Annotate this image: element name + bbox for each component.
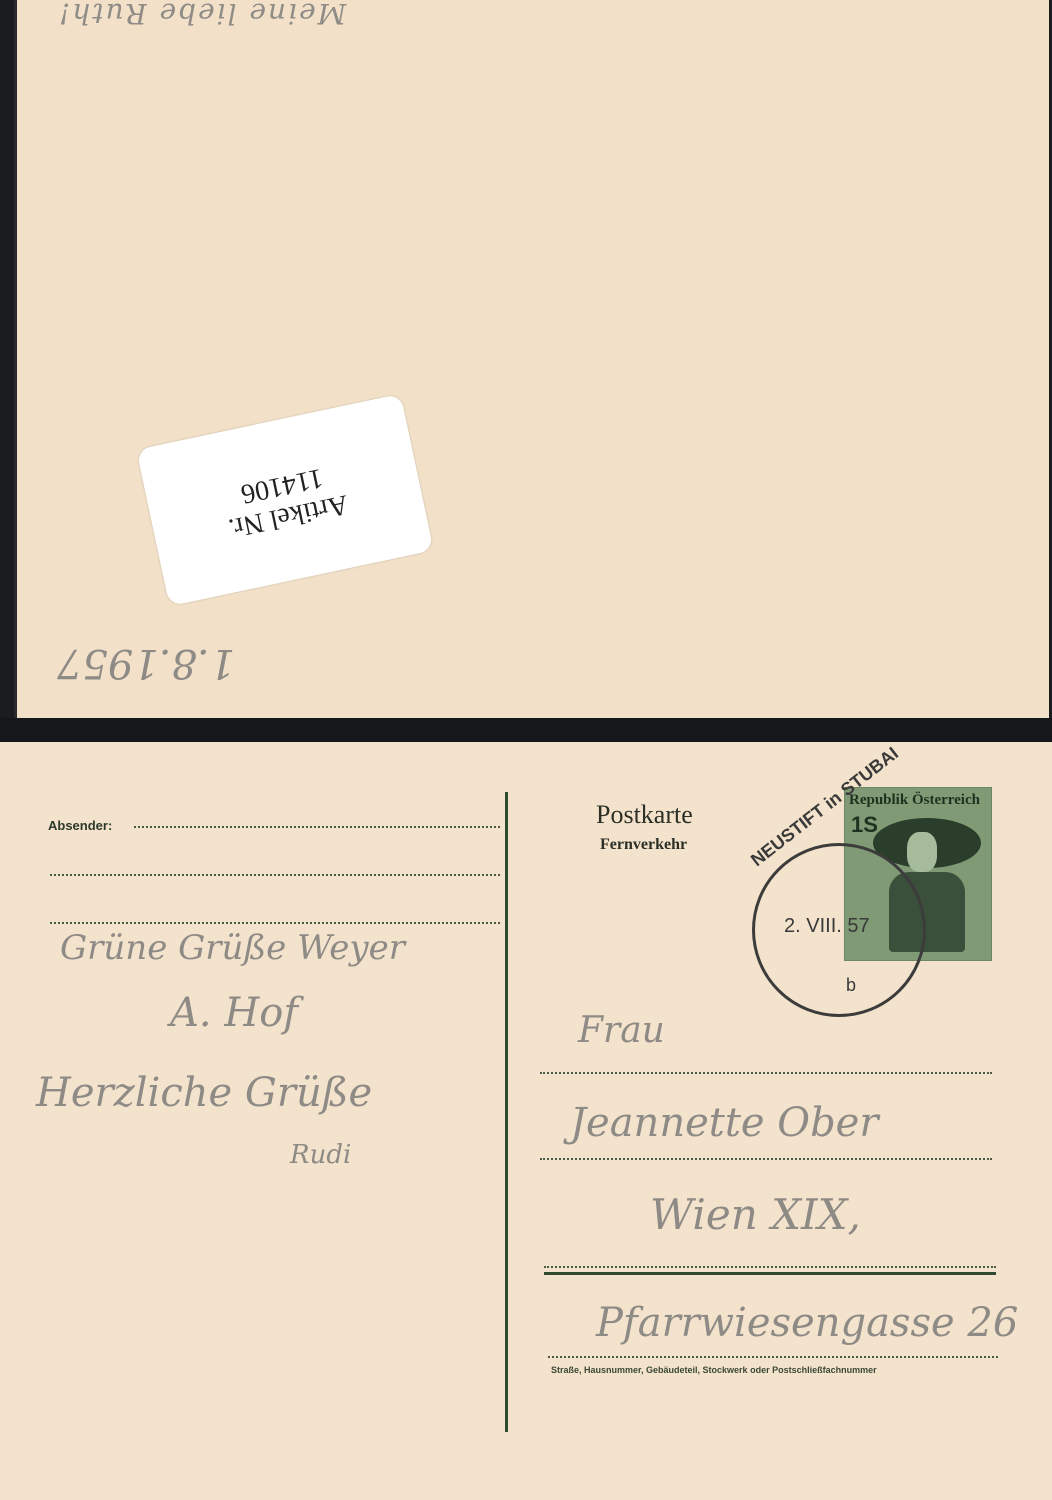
sender-handwriting-line: Herzliche Grüße <box>36 1070 372 1116</box>
address-underline <box>544 1272 996 1275</box>
address-line <box>548 1356 998 1358</box>
address-line <box>540 1072 992 1074</box>
recipient-line: Jeannette Ober <box>570 1100 878 1146</box>
recipient-line: Pfarrwiesengasse 26 <box>596 1300 1018 1346</box>
stamp-country: Republik Österreich <box>849 792 980 809</box>
sender-handwriting-line: Rudi <box>290 1140 351 1170</box>
message-line: Meine liebe Ruth! <box>57 0 346 30</box>
stamp-portrait-face <box>907 832 937 872</box>
handwritten-date: 1.8.1957 <box>57 640 235 686</box>
sender-line <box>50 922 500 924</box>
card-title: Postkarte <box>596 800 693 830</box>
address-line <box>544 1266 996 1268</box>
sender-line <box>50 874 500 876</box>
postmark-date: 2. VIII. 57 <box>784 915 870 938</box>
sender-handwriting-line: A. Hof <box>170 990 298 1036</box>
divider-line <box>505 792 508 1432</box>
postcard-back: Meine liebe Ruth! Nun sind wir nach eine… <box>14 0 1049 718</box>
stamp-value: 1S <box>851 812 878 838</box>
address-caption: Straße, Hausnummer, Gebäudeteil, Stockwe… <box>551 1365 877 1375</box>
recipient-line: Frau <box>578 1010 665 1051</box>
address-line <box>540 1158 992 1160</box>
postmark-sub: b <box>846 975 856 996</box>
sender-line <box>134 826 500 828</box>
sender-handwriting-line: Grüne Grüße Weyer <box>60 928 405 968</box>
recipient-line: Wien XIX, <box>650 1190 861 1239</box>
card-subtitle: Fernverkehr <box>600 836 687 854</box>
sender-label: Absender: <box>48 818 112 833</box>
